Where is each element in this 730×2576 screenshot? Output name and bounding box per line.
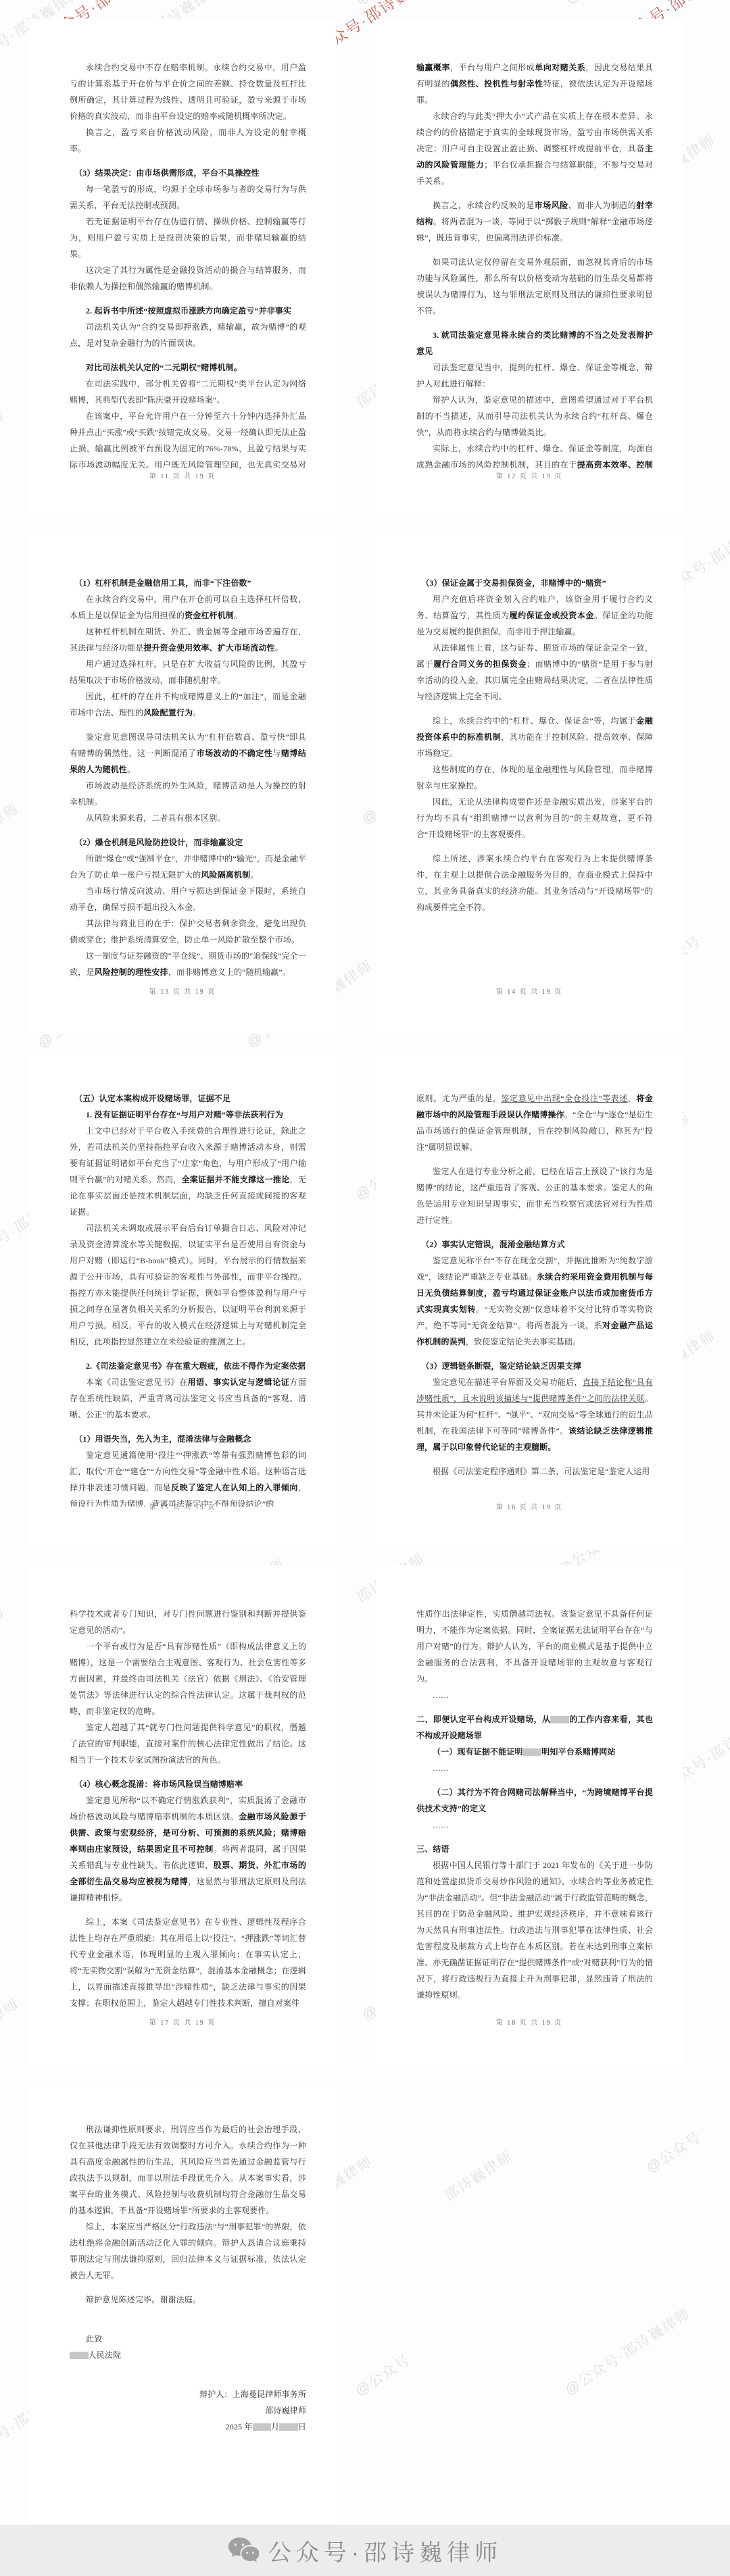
redaction-box <box>279 2423 298 2431</box>
redaction-box <box>70 2352 89 2359</box>
page-content: 刑法谦抑性原则要求，刑罚应当作为最后的社会治理手段，仅在其他法律手段无法有效调整… <box>70 2121 306 2537</box>
wechat-official-account-logo-icon <box>228 2537 259 2564</box>
watermark-text: @公众号 <box>0 403 9 454</box>
page-number-footer: 第 12 页 共 19 页 <box>376 470 683 480</box>
section-heading: （2）事实认定错误，混淆金融结算方式 <box>416 1236 653 1253</box>
paragraph: 本案《司法鉴定意见书》在用语、事实认定与逻辑论证方面存在系统性缺陷，严重背离司法… <box>70 1374 306 1423</box>
paragraph: 此致 <box>70 2331 306 2347</box>
paragraph: 从风险来源来看，二者具有根本区别。 <box>70 810 306 826</box>
paragraph: 综上，本案应当严格区分“行政违法”与“刑事犯罪”的界限，依法杜绝将金融创新活动泛… <box>70 2219 306 2283</box>
paragraph: 鉴定意见通篇使用“投注”“押涨跌”等带有强烈赌博色彩的词汇，取代“开仓”“建仓”… <box>70 1447 306 1507</box>
paragraph: 性质作出法律定性，实质僭越司法权。该鉴定意见不具备任何证明力，不能作为定案依据。… <box>416 1606 653 1687</box>
page-content: 原则。尤为严重的是，鉴定意见中出现“全仓投注”等表述，将金融市场中的风险管理手段… <box>416 1090 653 1507</box>
paragraph: 用户充值后将资金划入合约账户，该资金用于履行合约义务、结算盈亏，其性质为履约保证… <box>416 591 653 640</box>
page-number-footer: 第 15 页 共 19 页 <box>29 1501 336 1511</box>
section-heading: （1）杠杆机制是金融信用工具，而非“下注倍数” <box>70 575 306 591</box>
page-content: （3）保证金属于交易担保资金，非赌博中的“赌资”用户充值后将资金划入合约账户，该… <box>416 575 653 991</box>
document-page: （3）保证金属于交易担保资金，非赌博中的“赌资”用户充值后将资金划入合约账户，该… <box>376 534 683 1034</box>
redaction-box <box>523 1748 542 1756</box>
watermark-text: @公众号 <box>0 1599 9 1650</box>
paragraph: 一个平台或行为是否“具有涉赌性质”（即构成法律意义上的赌博），这是一个需要结合主… <box>70 1638 306 1719</box>
redaction-box <box>253 2423 272 2431</box>
paragraph: 刑法谦抑性原则要求，刑罚应当作为最后的社会治理手段，仅在其他法律手段无法有效调整… <box>70 2121 306 2219</box>
paragraph: 当市场行情反向波动、用户亏损达到保证金下限时，系统自动平仓，确保亏损不超出投入本… <box>70 883 306 915</box>
section-heading: （3）逻辑链条断裂，鉴定结论缺乏因果支撑 <box>416 1358 653 1374</box>
paragraph: 换言之，盈亏来自价格波动风险，而非人为设定的射幸概率。 <box>70 124 306 157</box>
section-heading: （4）核心概念混淆：将市场风险误当赌博赔率 <box>70 1776 306 1792</box>
page-content: （1）杠杆机制是金融信用工具，而非“下注倍数”在永续合约交易中，用户在开仓前可以… <box>70 575 306 991</box>
section-heading: （3）保证金属于交易担保资金，非赌博中的“赌资” <box>416 575 653 591</box>
page-content: （五）认定本案构成开设赌场罪，证据不足1. 没有证据证明平台存在“与用户对赌”等… <box>70 1090 306 1507</box>
page-number-footer: 第 18 页 共 19 页 <box>376 2017 683 2027</box>
watermark-text: @公众号 <box>641 2126 705 2177</box>
paragraph: 每一笔盈亏的形成，均源于全球市场参与者的交易行为与供需关系，平台无法控制或预测。 <box>70 181 306 213</box>
paragraph: 这种杠杆机制在期货、外汇、贵金属等金融市场普遍存在，其法律与经济功能是提升资金使… <box>70 624 306 656</box>
document-page: 科学技术或者专门知识，对专门性问题进行鉴别和判断并提供鉴定意见的活动”。一个平台… <box>29 1565 336 2065</box>
watermark-text: 邵诗巍律师 <box>0 798 23 857</box>
paragraph: 这些制度的存在，体现的是金融理性与风险管理，而非赌博射幸与庄家操控。 <box>416 761 653 794</box>
section-heading: 2. 起诉书中所述“按照虚拟币涨跌方向确定盈亏”并非事实 <box>70 303 306 319</box>
paragraph: 鉴定意见意图误导司法机关认为“杠杆倍数高、盈亏快”即具有赌博的偶然性，这一判断混… <box>70 729 306 778</box>
page-number-footer: 第 16 页 共 19 页 <box>376 1501 683 1511</box>
paragraph: 因此，杠杆的存在并不构成赌博意义上的“加注”，而是金融市场中合法、理性的风险配置… <box>70 688 306 721</box>
section-heading: （五）认定本案构成开设赌场罪，证据不足 <box>70 1090 306 1107</box>
paragraph: 永续合约交易中不存在赔率机制。永续合约交易中，用户盈亏的计算系基于开仓价与平仓价… <box>70 59 306 124</box>
paragraph: 司法鉴定意见当中，提到的杠杆、爆仓、保证金等概念，辩护人对此进行解释： <box>416 359 653 392</box>
paragraph: 所谓“爆仓”或“强制平仓”，并非赌博中的“输光”，而是金融平台为了防止单一账户亏… <box>70 851 306 883</box>
section-heading: 2.《司法鉴定意见书》存在重大瑕疵，依法不得作为定案依据 <box>70 1358 306 1374</box>
watermark-text: @公众号·邵诗巍律师 <box>560 2303 694 2400</box>
watermark-text: 邵诗巍律师 <box>440 2146 516 2205</box>
document-page: 永续合约交易中不存在赔率机制。永续合约交易中，用户盈亏的计算系基于开仓价与平仓价… <box>29 19 336 519</box>
section-heading: 二、即便认定平台构成开设赌场，从的工作内容来看，其也不构成开设赌场罪 <box>416 1711 653 1744</box>
paragraph: …… <box>416 1760 653 1776</box>
paragraph: 输赢概率，平台与用户之间形成单向对赌关系，因此交易结果具有明显的偶然性、投机性与… <box>416 59 653 108</box>
page-content: 永续合约交易中不存在赔率机制。永续合约交易中，用户盈亏的计算系基于开仓价与平仓价… <box>70 59 306 476</box>
paragraph: 换言之，永续合约反映的是市场风险，而非人为制造的射幸结构。将两者混为一谈，等同于… <box>416 197 653 246</box>
section-heading: （2）爆仓机制是风险防控设计，而非输赢设定 <box>70 834 306 851</box>
paragraph: 根据中国人民银行等十部门于 2021 年发布的《关于进一步防范和处置虚拟货币交易… <box>416 1857 653 2003</box>
paragraph: 从法律属性上看，这与证券、期货市场的保证金完全一致，属于履行合同义务的担保资金；… <box>416 640 653 705</box>
paragraph: 司法机关认为“合约交易即押涨跌，赌输赢，故为赌博”的观点，是对复杂金融行为的片面… <box>70 319 306 351</box>
paragraph: 鉴定人在进行专业分析之前，已经在语言上预设了“该行为是赌博”的结论，这严重违背了… <box>416 1163 653 1228</box>
document-page: 刑法谦抑性原则要求，刑罚应当作为最后的社会治理手段，仅在其他法律手段无法有效调整… <box>29 2081 336 2576</box>
page-content: 输赢概率，平台与用户之间形成单向对赌关系，因此交易结果具有明显的偶然性、投机性与… <box>416 59 653 476</box>
paragraph: 科学技术或者专门知识，对专门性问题进行鉴别和判断并提供鉴定意见的活动”。 <box>70 1606 306 1638</box>
paragraph: 这一制度与证券融资的“平仓线”、期货市场的“追保线”完全一致，是风险控制的理性安… <box>70 948 306 980</box>
paragraph: 其法律与商业目的在于：保护交易者剩余资金，避免出现负债或穿仓；维护系统清算安全，… <box>70 915 306 948</box>
document-page: 原则。尤为严重的是，鉴定意见中出现“全仓投注”等表述，将金融市场中的风险管理手段… <box>376 1050 683 1550</box>
paragraph: 鉴定意见称平台“不存在现金交割”，并据此推断为“纯数字游戏”，该结论严重缺乏专业… <box>416 1253 653 1350</box>
paragraph: 如果司法认定仅停留在交易外观层面，而忽视其背后的市场功能与风险属性，那么所有以价… <box>416 254 653 319</box>
paragraph: 司法机关未调取或展示平台后台订单撮合日志、风险对冲记录及资金清算流水等关键数据，… <box>70 1220 306 1350</box>
page-number-footer: 第 17 页 共 19 页 <box>29 2017 336 2027</box>
paragraph: 辩护意见陈述完毕。谢谢法庭。 <box>70 2292 306 2308</box>
paragraph: 原则。尤为严重的是，鉴定意见中出现“全仓投注”等表述，将金融市场中的风险管理手段… <box>416 1090 653 1155</box>
paragraph: 辩护人认为，鉴定意见的描述中，意图希望通过对于平台机制的不当描述，从而引导司法机… <box>416 392 653 440</box>
section-heading: 1. 没有证据证明平台存在“与用户对赌”等非法获利行为 <box>70 1107 306 1123</box>
section-heading: （3）结果决定：由市场供需形成，平台不具操控性 <box>70 165 306 181</box>
section-heading: 3. 就司法鉴定意见将永续合约类比赌博的不当之处发表辩护意见 <box>416 327 653 359</box>
page-content: 科学技术或者专门知识，对专门性问题进行鉴别和判断并提供鉴定意见的活动”。一个平台… <box>70 1606 306 2022</box>
official-account-name: 公众号·邵诗巍律师 <box>268 2534 502 2567</box>
paragraph: 若无证据证明平台存在伪造行情、操纵价格、控制输赢等行为，则用户盈亏实质上是投资决… <box>70 213 306 262</box>
paragraph: 鉴定意见所称“以不确定行情涨跌获利”，实质混淆了金融市场价格波动风险与赌博赔率机… <box>70 1792 306 1906</box>
paragraph: 2025 年月日 <box>70 2419 306 2435</box>
document-page: （五）认定本案构成开设赌场罪，证据不足1. 没有证据证明平台存在“与用户对赌”等… <box>29 1050 336 1550</box>
paragraph: 综上，本案《司法鉴定意见书》在专业性、逻辑性及程序合法性上均存在严重瑕疵：其在用… <box>70 1914 306 2011</box>
section-heading: （二）其行为不符合网赌司法解释当中，“为跨境赌博平台提供技术支持”的定义 <box>416 1784 653 1817</box>
paragraph: 在该案中，平台允许用户在一分钟至六十分钟内选择外汇品种并点击“买涨”或“买跌”按… <box>70 408 306 476</box>
page-number-footer: 第 14 页 共 19 页 <box>376 986 683 996</box>
watermark-text: @公众号 <box>351 0 414 9</box>
section-heading: 三、结语 <box>416 1841 653 1857</box>
paragraph: 人民法院 <box>70 2347 306 2363</box>
paragraph: 永续合约与此类“押大小”式产品在实质上存在根本差异。永续合约的价格锚定于真实的全… <box>416 108 653 189</box>
paragraph: 市场波动是经济系统的外生风险，赌博活动是人为操控的射幸机制。 <box>70 778 306 810</box>
document-page: （1）杠杆机制是金融信用工具，而非“下注倍数”在永续合约交易中，用户在开仓前可以… <box>29 534 336 1034</box>
watermark-text: 邵诗巍律师 <box>0 1994 23 2053</box>
page-number-footer: 第 11 页 共 19 页 <box>29 470 336 480</box>
paragraph: 用户通过选择杠杆，只是在扩大收益与风险的比例，其盈亏结果取决于市场价格波动，而非… <box>70 656 306 688</box>
paragraph: 上文中已经对于平台收入手续费的合理性进行论证，除此之外，若司法机关仍坚持指控平台… <box>70 1123 306 1220</box>
document-page: 性质作出法律定性，实质僭越司法权。该鉴定意见不具备任何证明力，不能作为定案依据。… <box>376 1565 683 2065</box>
paragraph: 在司法实践中，部分机关曾将“二元期权”类平台认定为网络赌博，其典型代表即“陈庆豪… <box>70 376 306 408</box>
section-heading: （1）用语失当，先入为主，混淆法律与金融概念 <box>70 1431 306 1447</box>
paragraph: 综上所述，涉案永续合约平台在客观行为上未提供赌博条件，在主观上以提供合法金融服务… <box>416 851 653 915</box>
article-canvas: @公众号·邵诗巍律师邵诗巍律师@公众号@公众号·邵诗巍律师邵诗巍律师@公众号@公… <box>0 0 730 2576</box>
section-heading: 对比司法机关认定的“二元期权”赌博机制。 <box>70 359 306 376</box>
page-content: 性质作出法律定性，实质僭越司法权。该鉴定意见不具备任何证明力，不能作为定案依据。… <box>416 1606 653 2022</box>
paragraph: 这决定了其行为属性是金融投资活动的撮合与结算服务，而非依赖人为操控和偶然输赢的赌… <box>70 262 306 295</box>
paragraph: 鉴定人超越了其“就专门性问题提供科学意见”的职权，僭越了法官的审判职能，直接对案… <box>70 1719 306 1768</box>
document-page: 输赢概率，平台与用户之间形成单向对赌关系，因此交易结果具有明显的偶然性、投机性与… <box>376 19 683 519</box>
paragraph: …… <box>416 1817 653 1833</box>
paragraph: 邵诗巍律师 <box>70 2402 306 2419</box>
paragraph: 综上，永续合约中的“杠杆、爆仓、保证金”等，均属于金融投资体系中的标准机制，其功… <box>416 713 653 761</box>
redaction-box <box>550 1716 569 1723</box>
section-heading: （一）现有证据不能证明明知平台系赌博网站 <box>416 1744 653 1760</box>
paragraph: 鉴定意见在描述平台界面及交易功能后，直接下结论称“具有涉赌性质”，且未说明该描述… <box>416 1374 653 1455</box>
official-account-banner: 公众号·邵诗巍律师 <box>0 2525 730 2576</box>
watermark-text: @公众号·邵诗巍律师 <box>560 0 694 7</box>
paragraph: 因此，无论从法律构成要件还是金融实质出发，涉案平台的行为均不具有“组织赌博”“以… <box>416 794 653 842</box>
page-number-footer: 第 13 页 共 19 页 <box>29 986 336 996</box>
paragraph: …… <box>416 1687 653 1703</box>
paragraph: 辩护人：上海曼昆律师事务所 <box>70 2386 306 2402</box>
watermark-text: @公众号 <box>351 2349 414 2400</box>
paragraph: 根据《司法鉴定程序通则》第二条，司法鉴定是“鉴定人运用 <box>416 1463 653 1480</box>
paragraph: 在永续合约交易中，用户在开仓前可以自主选择杠杆倍数，本质上是以保证金为信用担保的… <box>70 591 306 624</box>
